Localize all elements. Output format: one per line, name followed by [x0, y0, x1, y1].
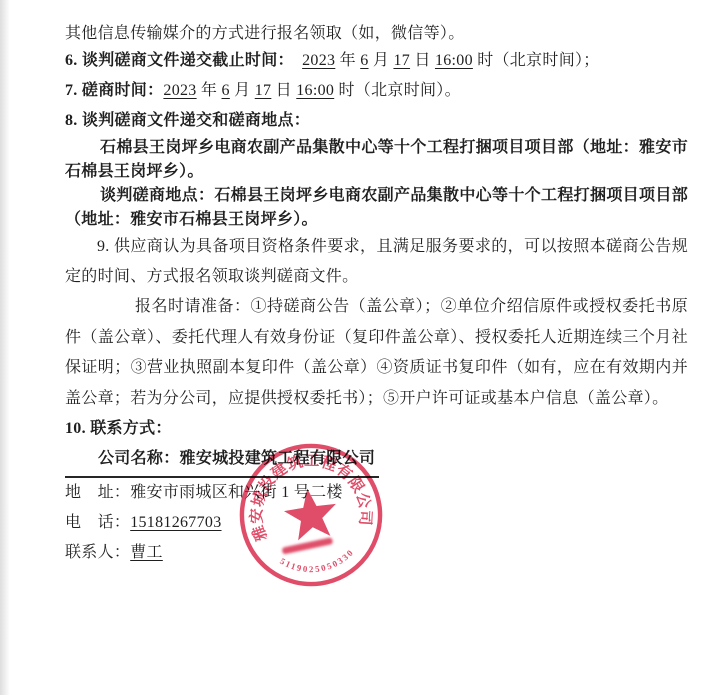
unit-month: 月 — [369, 52, 394, 69]
paragraph-registration-requirements: 报名时请准备：①持磋商公告（盖公章）；②单位介绍信原件或授权委托书原件（盖公章）… — [65, 292, 688, 414]
item-8-location-heading: 8. 谈判磋商文件递交和磋商地点： — [65, 106, 688, 136]
phone-value: 15181267703 — [130, 514, 221, 531]
unit-month: 月 — [230, 82, 255, 99]
unit-day: 日 — [410, 52, 435, 69]
company-name-label: 公司名称： — [98, 444, 180, 474]
item-10-contact-heading: 10. 联系方式： — [65, 414, 688, 444]
item-6-tail: 时（北京时间）； — [473, 52, 600, 69]
item-8-label: 8. 谈判磋商文件递交和磋商地点： — [65, 112, 310, 129]
address-value: 雅安市雨城区和兴街 1 号二楼 — [130, 484, 343, 501]
meeting-year: 2023 — [163, 82, 196, 99]
contact-person-value: 曹工 — [130, 544, 163, 561]
meeting-time: 16:00 — [296, 82, 334, 99]
document-body: 其他信息传输媒介的方式进行报名领取（如，微信等）。 6. 谈判磋商文件递交截止时… — [0, 0, 714, 568]
item-7-tail: 时（北京时间）。 — [334, 82, 461, 99]
item-7-label: 7. 磋商时间： — [65, 82, 163, 99]
address-label: 地 址： — [65, 478, 130, 508]
deadline-month: 6 — [360, 52, 368, 69]
scanned-document-page: 其他信息传输媒介的方式进行报名领取（如，微信等）。 6. 谈判磋商文件递交截止时… — [0, 0, 714, 695]
unit-day: 日 — [271, 82, 296, 99]
unit-year: 年 — [335, 52, 360, 69]
deadline-year: 2023 — [302, 52, 335, 69]
item-7-meeting-time: 7. 磋商时间：2023 年 6 月 17 日 16:00 时（北京时间）。 — [65, 76, 688, 106]
paragraph-negotiation-venue: 谈判磋商地点：石棉县王岗坪乡电商农副产品集散中心等十个工程打捆项目项目部（地址：… — [65, 184, 688, 232]
paragraph-intro: 其他信息传输媒介的方式进行报名领取（如，微信等）。 — [65, 22, 688, 46]
meeting-day: 17 — [255, 82, 272, 99]
item-6-label: 6. 谈判磋商文件递交截止时间： — [65, 52, 302, 69]
contact-person-line: 联系人：曹工 — [65, 538, 688, 568]
item-6-deadline: 6. 谈判磋商文件递交截止时间： 2023 年 6 月 17 日 16:00 时… — [65, 46, 688, 76]
contact-company-line: 公司名称：雅安城投建筑工程有限公司 — [65, 444, 688, 478]
company-name-value: 雅安城投建筑工程有限公司 — [180, 450, 376, 467]
deadline-day: 17 — [393, 52, 410, 69]
company-name-underline: 公司名称：雅安城投建筑工程有限公司 — [65, 444, 379, 478]
contact-phone-line: 电 话：15181267703 — [65, 508, 688, 538]
item-9-supplier-conditions: 9. 供应商认为具备项目资格条件要求，且满足服务要求的，可以按照本磋商公告规定的… — [65, 232, 688, 292]
unit-year: 年 — [197, 82, 222, 99]
deadline-time: 16:00 — [435, 52, 473, 69]
contact-person-label: 联系人： — [65, 538, 130, 568]
meeting-month: 6 — [222, 82, 230, 99]
contact-address-line: 地 址：雅安市雨城区和兴街 1 号二楼 — [65, 478, 688, 508]
phone-label: 电 话： — [65, 508, 130, 538]
paragraph-submission-venue: 石棉县王岗坪乡电商农副产品集散中心等十个工程打捆项目项目部（地址：雅安市石棉县王… — [65, 136, 688, 184]
